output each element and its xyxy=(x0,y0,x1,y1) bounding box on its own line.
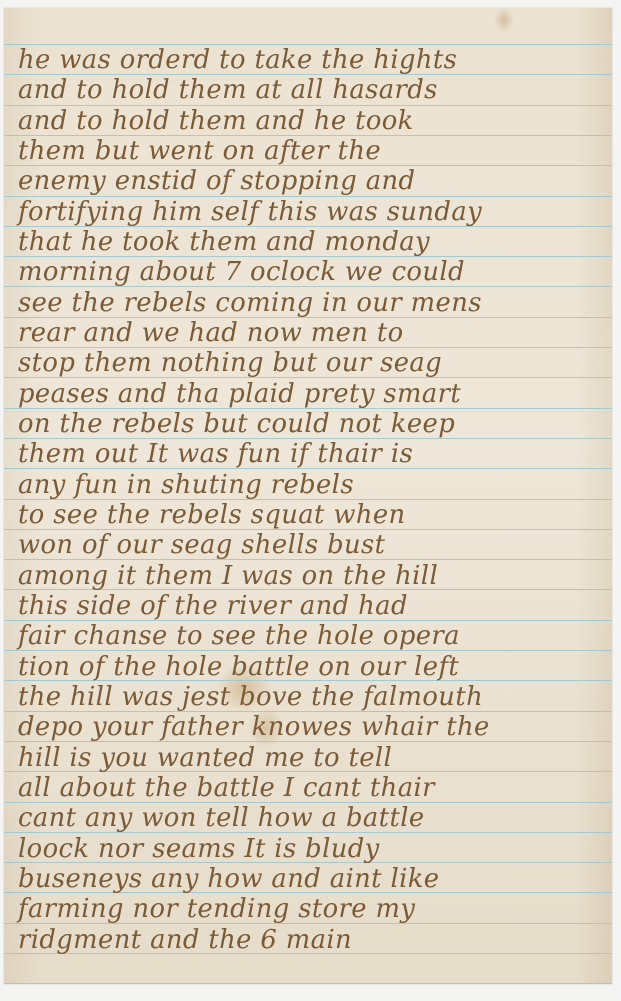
text-line: peases and tha plaid prety smart xyxy=(18,379,603,409)
text-line: morning about 7 oclock we could xyxy=(18,257,603,287)
text-line: rear and we had now men to xyxy=(18,318,603,348)
text-line: all about the battle I cant thair xyxy=(18,773,603,803)
text-line: loock nor seams It is bludy xyxy=(18,834,603,864)
text-line: them but went on after the xyxy=(18,136,603,166)
text-line: fair chanse to see the hole opera xyxy=(18,621,603,651)
text-line: to see the rebels squat when xyxy=(18,500,603,530)
text-line: farming nor tending store my xyxy=(18,894,603,924)
text-line: enemy enstid of stopping and xyxy=(18,166,603,196)
text-line: any fun in shuting rebels xyxy=(18,470,603,500)
text-line: that he took them and monday xyxy=(18,227,603,257)
letter-page: he was orderd to take the hights and to … xyxy=(4,8,612,984)
rule-line xyxy=(4,983,612,984)
text-line: and to hold them at all hasards xyxy=(18,75,603,105)
text-line: buseneys any how and aint like xyxy=(18,864,603,894)
text-line: he was orderd to take the hights xyxy=(18,45,603,75)
text-line: among it them I was on the hill xyxy=(18,561,603,591)
text-line: hill is you wanted me to tell xyxy=(18,743,603,773)
text-line: them out It was fun if thair is xyxy=(18,439,603,469)
text-line: and to hold them and he took xyxy=(18,106,603,136)
text-line: stop them nothing but our seag xyxy=(18,348,603,378)
text-line: fortifying him self this was sunday xyxy=(18,197,603,227)
text-line: this side of the river and had xyxy=(18,591,603,621)
text-line: on the rebels but could not keep xyxy=(18,409,603,439)
text-line: depo your father knowes whair the xyxy=(18,712,603,742)
text-line: ridgment and the 6 main xyxy=(18,925,603,955)
text-line: see the rebels coming in our mens xyxy=(18,288,603,318)
text-line: the hill was jest bove the falmouth xyxy=(18,682,603,712)
text-line: won of our seag shells bust xyxy=(18,530,603,560)
text-line: cant any won tell how a battle xyxy=(18,803,603,833)
text-line: tion of the hole battle on our left xyxy=(18,652,603,682)
